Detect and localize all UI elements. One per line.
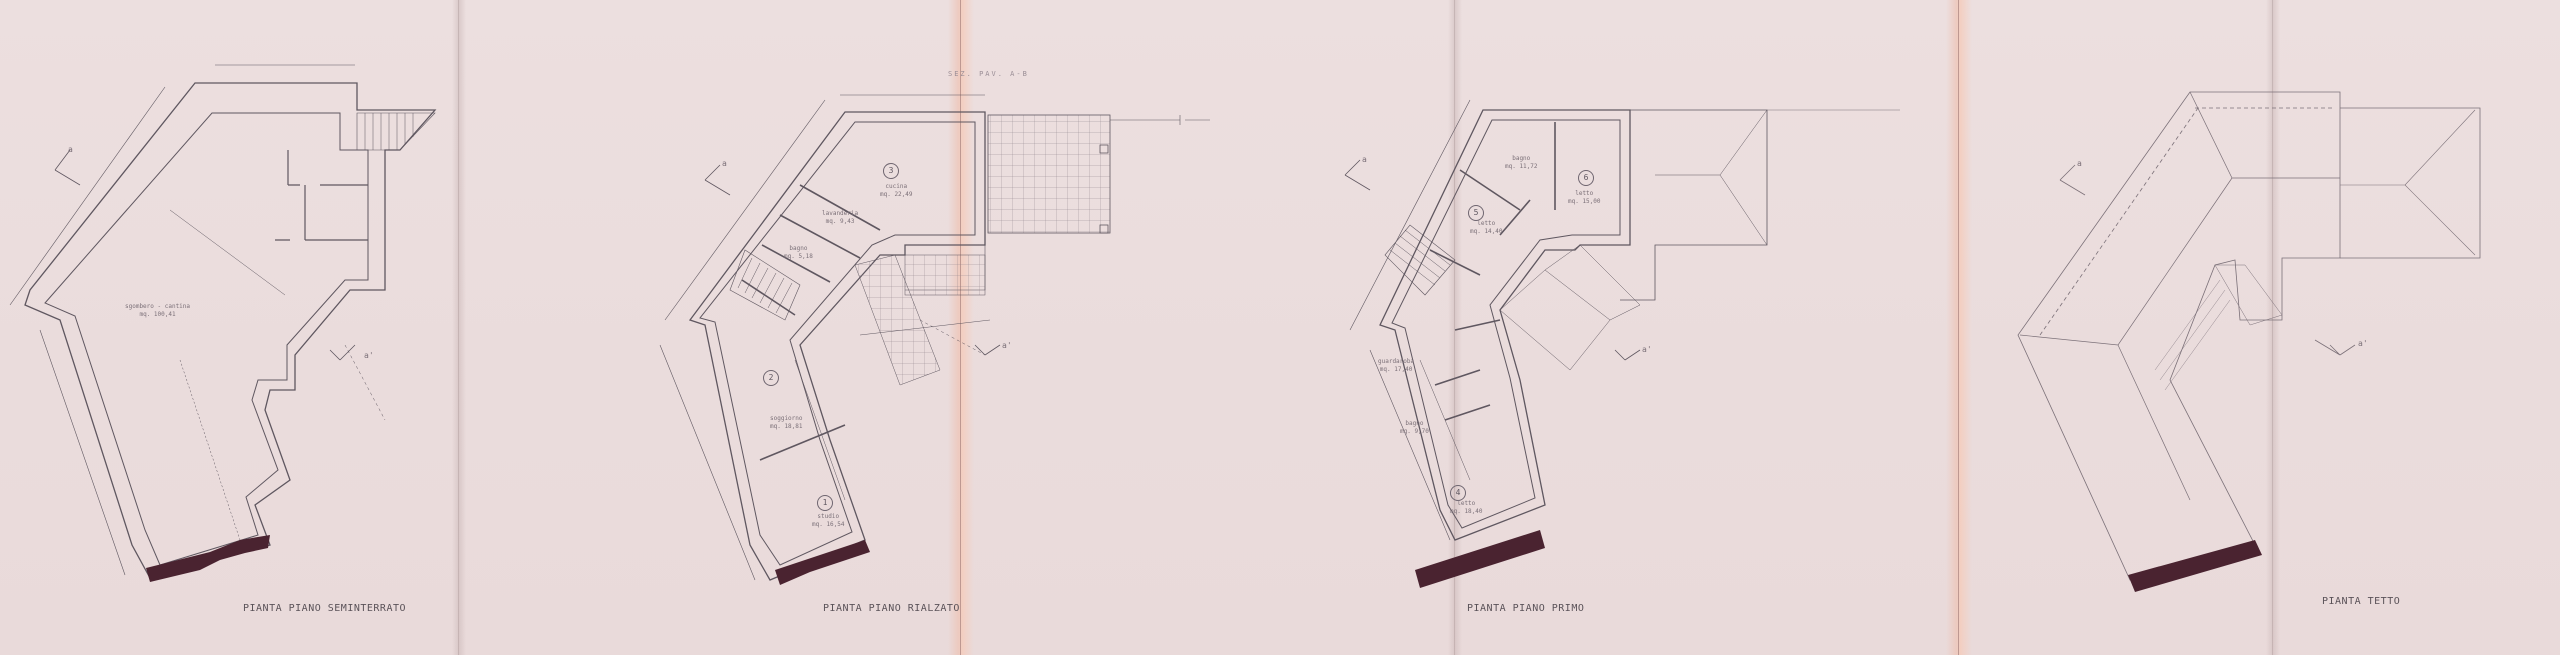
room-label: lettoMq. 18,40 (1450, 500, 1483, 516)
ground-hatch (146, 535, 270, 582)
room-label: sgombero - cantinaMq. 100,41 (125, 303, 190, 319)
section-marker-label: A' (1002, 342, 1012, 350)
ground-hatch (1415, 530, 1545, 588)
plan-caption: PIANTA PIANO RIALZATO (823, 603, 960, 614)
room-label: soggiornoMq. 18,81 (770, 415, 803, 431)
plan-caption: PIANTA PIANO SEMINTERRATO (243, 603, 406, 614)
section-note: SEZ. PAV. A-B (948, 70, 1029, 78)
section-marker-label: A' (1642, 346, 1652, 354)
section-marker-label: A' (364, 352, 374, 360)
room-number-badge: 4 (1450, 485, 1466, 501)
plan-primo (1345, 100, 1900, 540)
room-label: lavanderiaMq. 9,43 (822, 210, 858, 226)
room-number-badge: 1 (817, 495, 833, 511)
room-number-badge: 2 (763, 370, 779, 386)
section-marker-label: A' (2358, 340, 2368, 348)
section-marker-label: A (1362, 156, 1367, 164)
plan-rialzato (660, 95, 1210, 580)
room-label: guardarobaMq. 17,40 (1378, 358, 1414, 374)
room-label: bagnoMq. 5,18 (784, 245, 813, 261)
plan-caption: PIANTA TETTO (2322, 596, 2400, 607)
room-label: studioMq. 16,54 (812, 513, 845, 529)
floor-plans-drawing (0, 0, 2560, 655)
plan-caption: PIANTA PIANO PRIMO (1467, 603, 1584, 614)
section-marker-label: A (722, 160, 727, 168)
ground-hatch (2128, 540, 2262, 592)
room-label: lettoMq. 14,40 (1470, 220, 1503, 236)
plan-tetto (2018, 92, 2480, 580)
room-label: bagnoMq. 11,72 (1505, 155, 1538, 171)
room-number-badge: 6 (1578, 170, 1594, 186)
section-marker-label: A (68, 146, 73, 154)
plan-seminterrato (10, 65, 435, 578)
room-label: lettoMq. 15,00 (1568, 190, 1601, 206)
room-number-badge: 3 (883, 163, 899, 179)
ground-hatch (775, 540, 870, 585)
room-label: bagnoMq. 9,70 (1400, 420, 1429, 436)
room-label: cucinaMq. 22,49 (880, 183, 913, 199)
room-number-badge: 5 (1468, 205, 1484, 221)
section-marker-label: A (2077, 160, 2082, 168)
